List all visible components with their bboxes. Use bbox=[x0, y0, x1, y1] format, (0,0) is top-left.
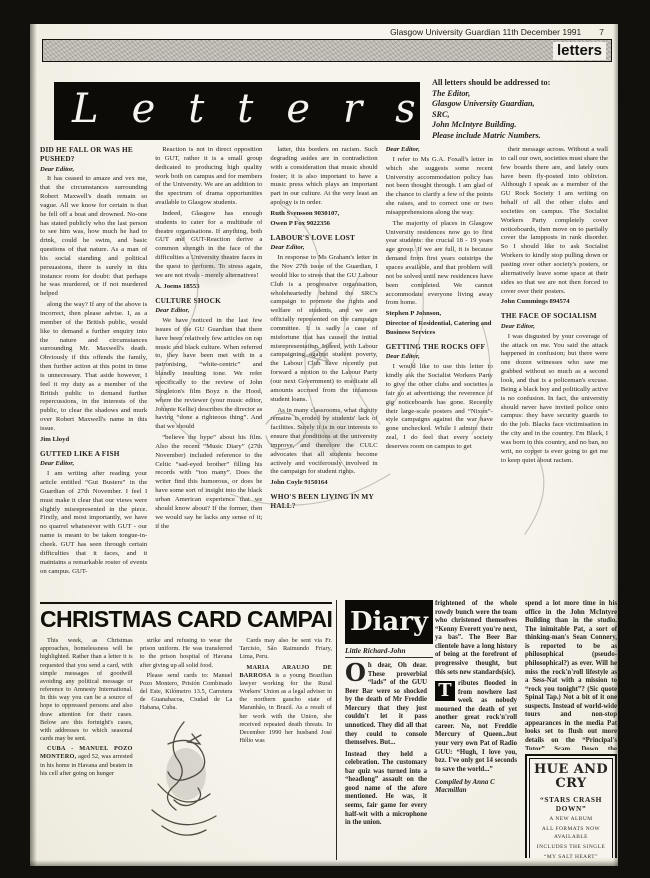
ad-inner: HUE AND CRY “STARS CRASH DOWN” A NEW ALB… bbox=[529, 758, 613, 858]
letter-paragraph: along the way? If any of the above is in… bbox=[40, 301, 147, 434]
letter-headline: GETTING THE ROCKS OFF bbox=[386, 343, 493, 352]
letter-paragraph: I refer to Ms G.A. Foxall's letter in wh… bbox=[386, 156, 493, 218]
letter-paragraph: We have noticed in the last few issues o… bbox=[155, 317, 262, 432]
diary-paragraph: Tributes flooded in from nowhere last we… bbox=[435, 680, 517, 774]
salutation: Dear Editor, bbox=[270, 244, 377, 253]
diary-inner: Diary Little Richard-John Oh dear, Oh de… bbox=[345, 600, 617, 858]
address-line: The Editor, bbox=[432, 89, 614, 100]
diary-paragraph: spend a lot more time in his office in t… bbox=[525, 600, 617, 750]
letters-masthead-title: Letters bbox=[54, 82, 420, 136]
page-number: 7 bbox=[599, 27, 604, 37]
letter-signature: Stephen P Johnson, bbox=[386, 310, 493, 319]
letter-column-4: Dear Editor, I refer to Ms G.A. Foxall's… bbox=[386, 146, 493, 598]
diary-column-3: spend a lot more time in his office in t… bbox=[525, 600, 617, 858]
christmas-column-1: This week, as Christmas approaches, home… bbox=[40, 637, 133, 859]
page-header: Glasgow University Guardian 11th Decembe… bbox=[390, 27, 604, 37]
salutation: Dear Editor, bbox=[386, 353, 493, 362]
christmas-columns: This week, as Christmas approaches, home… bbox=[40, 637, 332, 859]
letter-paragraph: Indeed, Glasgow has enough students to c… bbox=[155, 210, 262, 281]
christmas-paragraph: MARIA ARAUJO DE BARROSA is a young Brazi… bbox=[239, 664, 332, 746]
diary-compiled-by: Compiled by Anna C Macmillan bbox=[435, 778, 517, 794]
letter-paragraph: In response to Ms Graham's letter in the… bbox=[270, 254, 377, 404]
letter-paragraph: As in many classrooms, what dignity rema… bbox=[270, 407, 377, 478]
address-line: Please include Matric Numbers. bbox=[432, 131, 614, 142]
ad-line: “MY SALT HEART” bbox=[532, 853, 610, 858]
scan-edge-shadow bbox=[30, 24, 37, 866]
section-label: letters bbox=[553, 42, 606, 60]
letter-signature: John Cummings 894574 bbox=[501, 298, 608, 307]
letter-signature: Ruth Svensson 9030107, bbox=[270, 210, 377, 219]
diary-column-2: frightened of the whole rowdy bunch were… bbox=[435, 600, 517, 858]
letter-paragraph: their message across. Without a wall to … bbox=[501, 146, 608, 296]
address-intro: All letters should be addressed to: bbox=[432, 78, 614, 89]
letter-headline: DID HE FALL OR WAS HE PUSHED? bbox=[40, 146, 147, 164]
letter-headline: CULTURE SHOCK bbox=[155, 297, 262, 306]
letter-signature: Jim Lloyd bbox=[40, 436, 147, 445]
letter-signature: A. Joems 18553 bbox=[155, 283, 262, 292]
salutation: Dear Editor, bbox=[40, 460, 147, 469]
christmas-illustration bbox=[140, 716, 228, 840]
diary-title-box: Diary bbox=[345, 600, 433, 644]
christmas-headline: CHRISTMAS CARD CAMPAIGN bbox=[40, 606, 332, 632]
scan-edge-shadow bbox=[30, 860, 618, 866]
letter-column-3: latter, this borders on racism. Such deg… bbox=[270, 146, 377, 598]
christmas-paragraph: Please send cards to: Manuel Pozo Monter… bbox=[140, 672, 233, 713]
ad-line: ALL FORMATS NOW AVAILABLE bbox=[532, 825, 610, 841]
diary-paragraph: Oh dear, Oh dear. These proverbial “lads… bbox=[345, 662, 427, 748]
christmas-paragraph: strike and refusing to wear the prison u… bbox=[140, 637, 233, 670]
letters-columns: DID HE FALL OR WAS HE PUSHED? Dear Edito… bbox=[40, 146, 608, 598]
paper-title: Glasgow University Guardian 11th Decembe… bbox=[390, 27, 581, 37]
diary-paragraph: frightened of the whole rowdy bunch were… bbox=[435, 600, 517, 677]
letter-paragraph: I was disgusted by your coverage of the … bbox=[501, 333, 608, 466]
hue-and-cry-ad: HUE AND CRY “STARS CRASH DOWN” A NEW ALB… bbox=[525, 754, 617, 858]
diary-byline: Little Richard-John bbox=[345, 646, 433, 658]
letter-column-1: DID HE FALL OR WAS HE PUSHED? Dear Edito… bbox=[40, 146, 147, 598]
dropcap-letter: O bbox=[345, 662, 368, 683]
christmas-paragraph: Cards may also be sent via Fr. Tarcisio,… bbox=[239, 637, 332, 662]
ad-album-title: “STARS CRASH DOWN” bbox=[532, 795, 610, 813]
letter-paragraph: I would like to use this letter to kindl… bbox=[386, 363, 493, 451]
address-block: All letters should be addressed to: The … bbox=[432, 78, 614, 142]
christmas-column-2: strike and refusing to wear the prison u… bbox=[140, 637, 233, 859]
letter-paragraph: The majority of places in Glasgow Univer… bbox=[386, 220, 493, 308]
christmas-card-campaign-section: CHRISTMAS CARD CAMPAIGN This week, as Ch… bbox=[40, 602, 332, 860]
letter-column-2: Reaction is not in direct opposition to … bbox=[155, 146, 262, 598]
ad-line: A NEW ALBUM bbox=[532, 815, 610, 823]
letter-paragraph: I am writing after reading your article … bbox=[40, 470, 147, 576]
christmas-paragraph: CUBA - MANUEL POZO MONTERO, aged 52, was… bbox=[40, 745, 133, 778]
address-line: John McIntyre Building. bbox=[432, 120, 614, 131]
salutation: Dear Editor, bbox=[40, 166, 147, 175]
letter-headline: WHO'S BEEN LIVING IN MY HALL? bbox=[270, 493, 377, 511]
salutation: Dear Editor, bbox=[501, 323, 608, 332]
letter-signature: Director of Residential, Catering and Bu… bbox=[386, 320, 493, 338]
ad-band-name: HUE AND CRY bbox=[532, 763, 610, 791]
address-line: SRC, bbox=[432, 110, 614, 121]
letters-masthead: Letters bbox=[54, 82, 420, 140]
diary-paragraph: Instead they held a celebration. The cus… bbox=[345, 751, 427, 828]
christmas-column-3: Cards may also be sent via Fr. Tarcisio,… bbox=[239, 637, 332, 859]
diary-title: Diary bbox=[350, 607, 428, 637]
letter-headline: LABOUR'S LOVE LOST bbox=[270, 234, 377, 243]
scan-edge-shadow bbox=[613, 24, 618, 866]
diary-section: Diary Little Richard-John Oh dear, Oh de… bbox=[336, 600, 618, 860]
salutation: Dear Editor, bbox=[386, 146, 493, 155]
newspaper-page: Glasgow University Guardian 11th Decembe… bbox=[30, 24, 618, 866]
christmas-paragraph: This week, as Christmas approaches, home… bbox=[40, 637, 133, 743]
letter-paragraph: Reaction is not in direct opposition to … bbox=[155, 146, 262, 208]
dropcap-letter: T bbox=[435, 681, 455, 701]
ad-line: INCLUDES THE SINGLE bbox=[532, 843, 610, 851]
letter-paragraph: It has ceased to amaze and vex me, that … bbox=[40, 175, 147, 299]
letter-headline: GUTTED LIKE A FISH bbox=[40, 450, 147, 459]
letter-column-5: their message across. Without a wall to … bbox=[501, 146, 608, 598]
letter-signature: Owen P Fox 9022356 bbox=[270, 220, 377, 229]
case-text: is a young Brazilian lawyer working for … bbox=[239, 672, 332, 744]
diary-column-1: Oh dear, Oh dear. These proverbial “lads… bbox=[345, 662, 427, 858]
letter-paragraph: latter, this borders on racism. Such deg… bbox=[270, 146, 377, 208]
letter-headline: THE FACE OF SOCIALISM bbox=[501, 312, 608, 321]
salutation: Dear Editor, bbox=[155, 307, 262, 316]
letter-signature: John Coyle 9150164 bbox=[270, 479, 377, 488]
address-line: Glasgow University Guardian, bbox=[432, 99, 614, 110]
letter-paragraph: “believe the hype” about his film. Also … bbox=[155, 434, 262, 531]
section-bar: letters bbox=[42, 39, 612, 62]
